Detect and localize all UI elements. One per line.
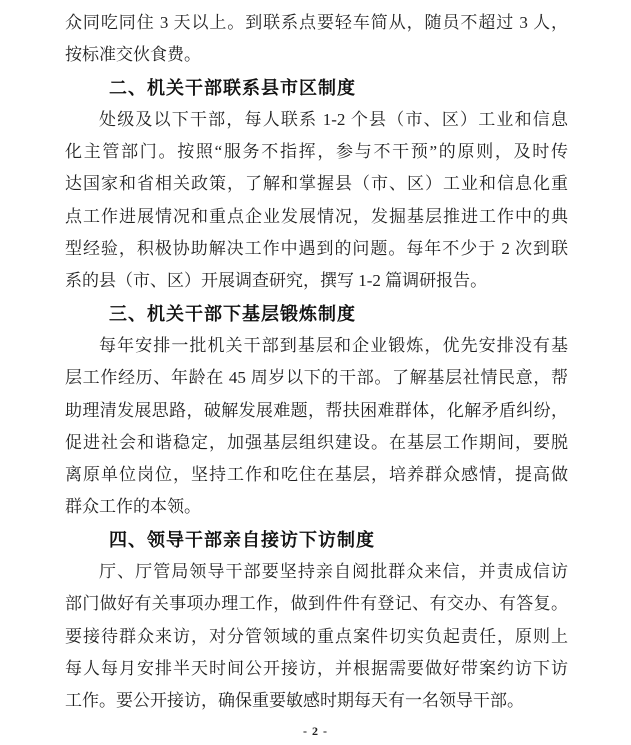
document-page: 众同吃同住 3 天以上。到联系点要轻车简从，随员不超过 3 人，按标准交伙食费。… <box>0 0 631 745</box>
section-heading: 三、机关干部下基层锻炼制度 <box>65 298 568 330</box>
page-number: - 2 - <box>0 724 631 739</box>
text-line: 达国家和省相关政策，了解和掌握县（市、区）工业和信息化重 <box>65 168 568 200</box>
section-heading: 四、领导干部亲自接访下访制度 <box>65 524 568 556</box>
section-heading: 二、机关干部联系县市区制度 <box>65 72 568 104</box>
text-line: 助理清发展思路，破解发展难题，帮扶困难群体，化解矛盾纠纷， <box>65 395 568 427</box>
text-line: 每年安排一批机关干部到基层和企业锻炼，优先安排没有基 <box>65 330 568 362</box>
body-paragraph: 每年安排一批机关干部到基层和企业锻炼，优先安排没有基层工作经历、年龄在 45 周… <box>65 330 568 524</box>
text-line: 离原单位岗位，坚持工作和吃住在基层，培养群众感情，提高做 <box>65 459 568 491</box>
text-line: 点工作进展情况和重点企业发展情况，发掘基层推进工作中的典 <box>65 201 568 233</box>
text-line: 化主管部门。按照“服务不指挥，参与不干预”的原则，及时传 <box>65 136 568 168</box>
body-paragraph: 处级及以下干部，每人联系 1-2 个县（市、区）工业和信息化主管部门。按照“服务… <box>65 104 568 298</box>
text-line: 促进社会和谐稳定，加强基层组织建设。在基层工作期间，要脱 <box>65 427 568 459</box>
text-line: 部门做好有关事项办理工作，做到件件有登记、有交办、有答复。 <box>65 588 568 620</box>
text-line: 系的县（市、区）开展调查研究，撰写 1-2 篇调研报告。 <box>65 265 568 297</box>
text-line: 群众工作的本领。 <box>65 491 568 523</box>
text-line: 层工作经历、年龄在 45 周岁以下的干部。了解基层社情民意，帮 <box>65 362 568 394</box>
text-line: 要接待群众来访，对分管领域的重点案件切实负起责任，原则上 <box>65 621 568 653</box>
text-line: 每人每月安排半天时间公开接访，并根据需要做好带案约访下访 <box>65 653 568 685</box>
text-line: 厅、厅管局领导干部要坚持亲自阅批群众来信，并责成信访 <box>65 556 568 588</box>
body-paragraph: 众同吃同住 3 天以上。到联系点要轻车简从，随员不超过 3 人，按标准交伙食费。 <box>65 7 568 72</box>
body-paragraph: 厅、厅管局领导干部要坚持亲自阅批群众来信，并责成信访部门做好有关事项办理工作，做… <box>65 556 568 717</box>
text-line: 型经验，积极协助解决工作中遇到的问题。每年不少于 2 次到联 <box>65 233 568 265</box>
text-line: 众同吃同住 3 天以上。到联系点要轻车简从，随员不超过 3 人， <box>65 7 568 39</box>
text-line: 工作。要公开接访，确保重要敏感时期每天有一名领导干部。 <box>65 685 568 717</box>
document-content: 众同吃同住 3 天以上。到联系点要轻车简从，随员不超过 3 人，按标准交伙食费。… <box>65 7 568 718</box>
text-line: 处级及以下干部，每人联系 1-2 个县（市、区）工业和信息 <box>65 104 568 136</box>
text-line: 按标准交伙食费。 <box>65 39 568 71</box>
